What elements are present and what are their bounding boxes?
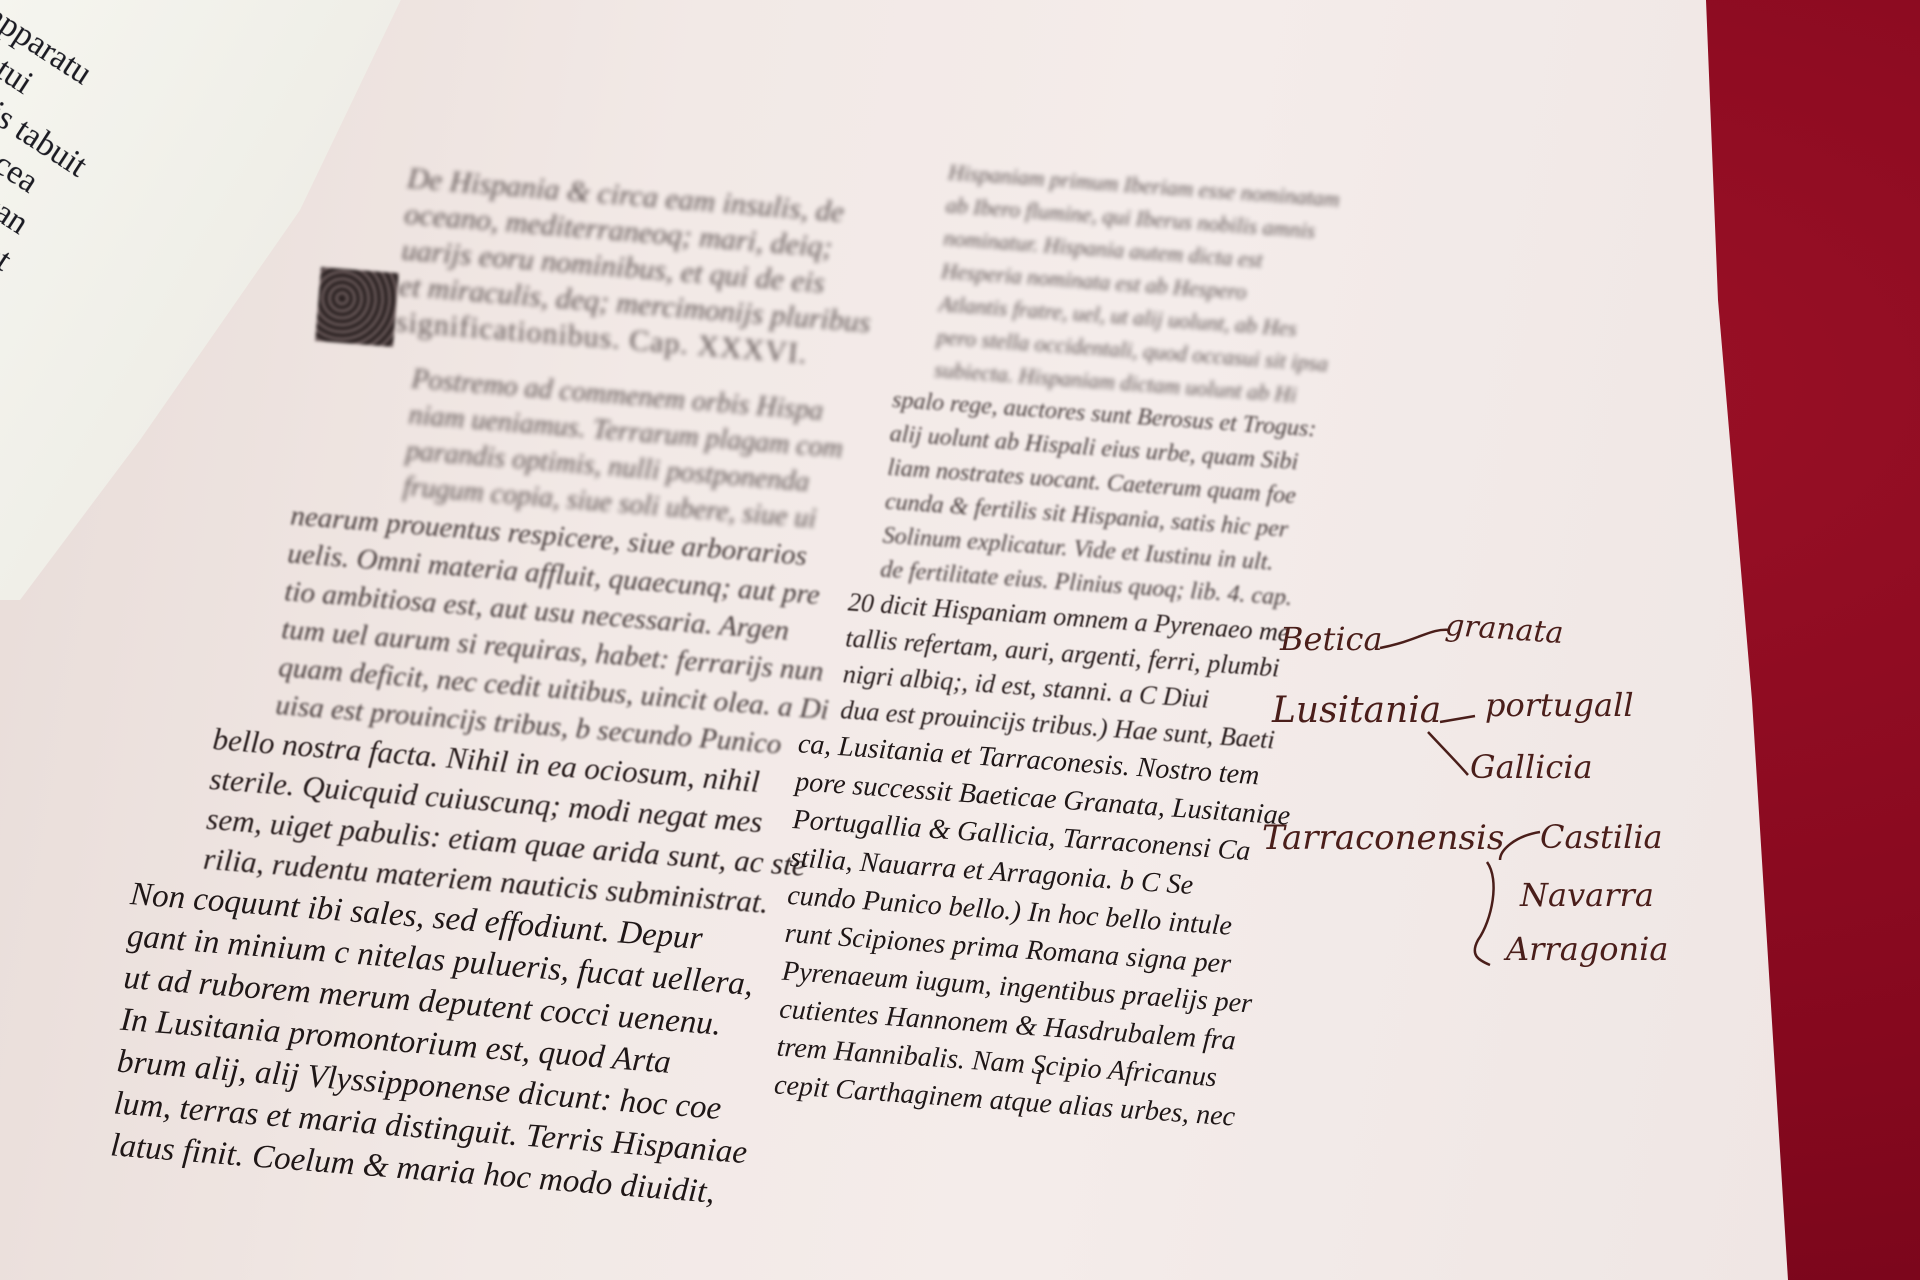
left-page-text: us apparatu perpetui ubi cinis tabuit er… bbox=[0, 0, 138, 488]
